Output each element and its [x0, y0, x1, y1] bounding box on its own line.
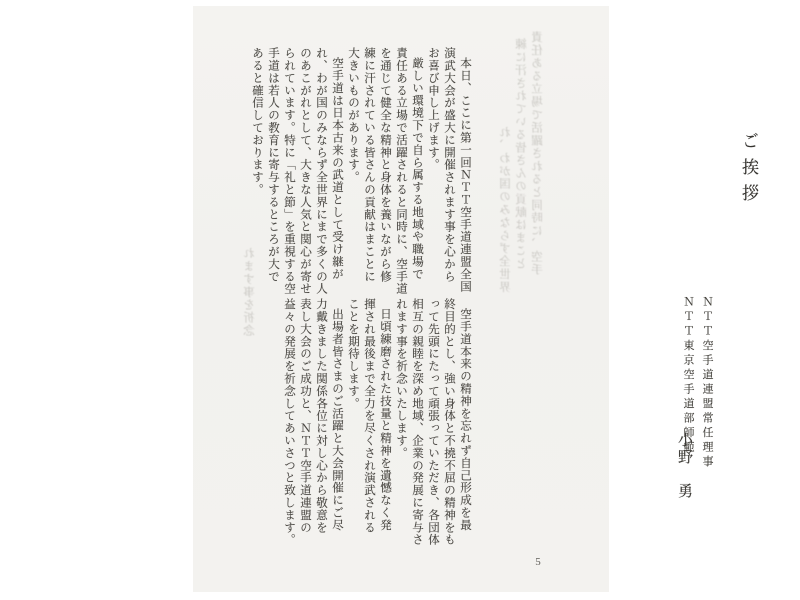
- text-column: れます事を祈念いたします。: [393, 298, 409, 459]
- text-column: ことを期待します。: [345, 298, 361, 410]
- text-column: 日頃練磨された技量と精神を遺憾なく発: [377, 308, 393, 531]
- text-column: 揮され最後まで全力を尽くされ演武される: [361, 298, 377, 534]
- text-column: 手道は若人の教育に寄与するところが大で: [265, 47, 281, 283]
- text-column: って先頭にたって頑張っていただき、各団体: [425, 298, 441, 546]
- text-column: 力戴きました関係各位に対し心から敬意を: [313, 298, 329, 534]
- text-column: 空手道は日本古来の武道として受け継が: [329, 57, 345, 280]
- bleed-through-column: れ、わが国のみならず全世界: [498, 126, 514, 294]
- text-column: のあこがれとして、大きな人気と関心が寄せ: [297, 47, 313, 295]
- signature-name: 小野 勇: [674, 432, 695, 500]
- scanned-page-canvas: 責任ある立場で活躍されると同時に、空手練に汗されている皆さんの貢献はまことれ、わ…: [0, 0, 800, 600]
- text-column: 練に汗されている皆さんの貢献はまことに: [361, 47, 377, 283]
- bleed-through-column: 責任ある立場で活躍されると同時に、空手: [530, 31, 546, 276]
- page-title: ご挨拶: [736, 132, 761, 210]
- text-column: れ、わが国のみならず全世界にまで多くの人: [313, 47, 329, 295]
- text-column: 益々の発展を祈念してあいさつと致します。: [281, 298, 297, 546]
- text-column: 厳しい環境下で自ら属する地域や職場で: [409, 57, 425, 280]
- text-column: 責任ある立場で活躍されると同時に、空手道: [393, 47, 409, 295]
- text-column: 空手道本来の精神を忘れず自己形成を最: [457, 308, 473, 531]
- text-column: 終目的とし、強い身体と不撓不屈の精神をも: [441, 298, 457, 546]
- document-page: 責任ある立場で活躍されると同時に、空手練に汗されている皆さんの貢献はまことれ、わ…: [193, 6, 609, 592]
- text-column: られています。特に「礼と節」を重視する空: [281, 47, 297, 295]
- text-column: 本日、ここに第一回ＮＴＴ空手道連盟全国: [457, 57, 473, 293]
- signature-role-line-1: ＮＴＴ空手道連盟常任理事: [699, 296, 715, 470]
- text-column: 出場者皆さまのご活躍と大会開催にご尽: [329, 308, 345, 531]
- text-column: を通じて健全な精神と身体を養いながら修: [377, 47, 393, 283]
- text-column: 相互の親睦を深め地域、企業の発展に寄与さ: [409, 298, 425, 546]
- bleed-through-column: れます事を祈念: [242, 247, 258, 337]
- text-column: あると確信しております。: [249, 47, 265, 196]
- bleed-through-column: 練に汗されている皆さんの貢献はまこと: [514, 38, 530, 270]
- text-column: 演武大会が盛大に開催されます事を心から: [441, 47, 457, 283]
- text-column: 表し大会のご成功と、ＮＴＴ空手道連盟の: [297, 298, 313, 534]
- text-column: お喜び申し上げます。: [425, 47, 441, 171]
- text-column: 大きいものがあります。: [345, 47, 361, 183]
- page-number: 5: [523, 556, 553, 568]
